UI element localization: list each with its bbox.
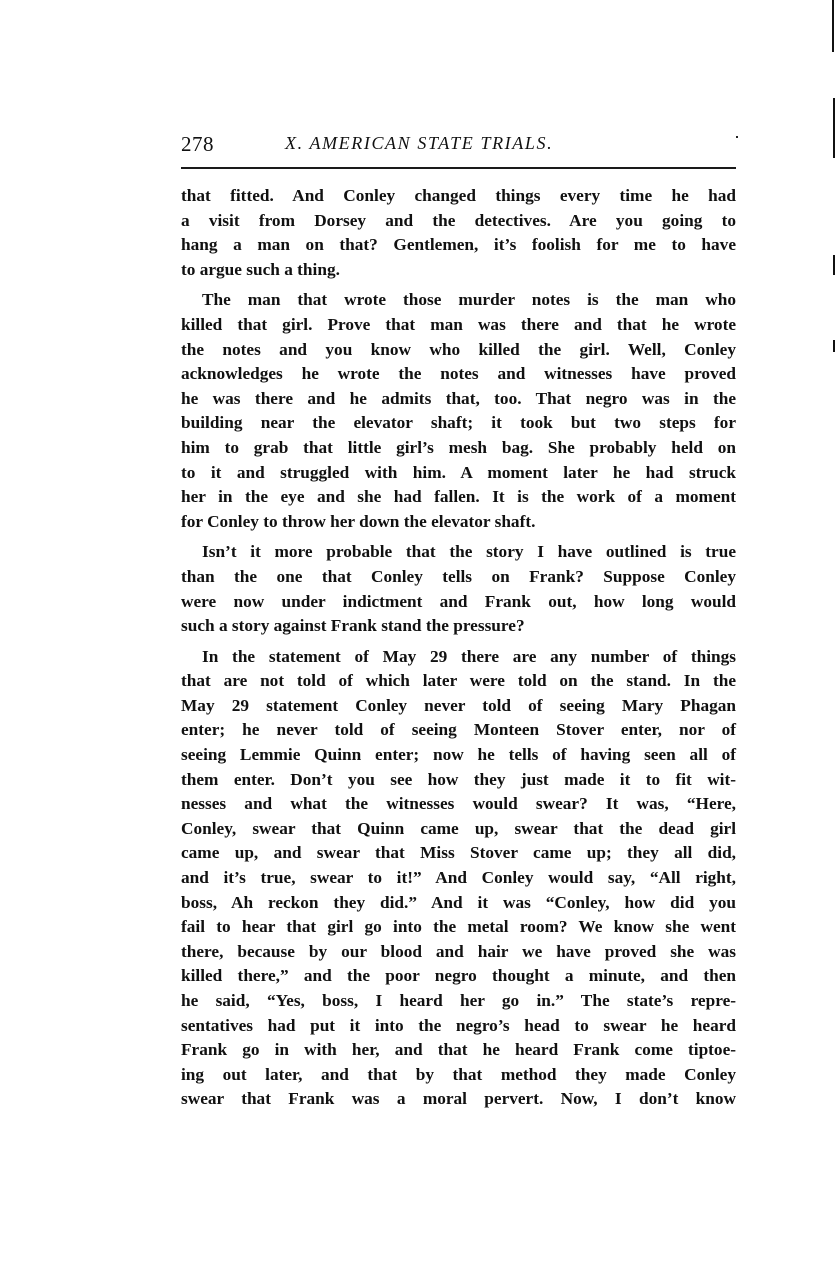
text-line: sentatives had put it into the negro’s h… [181,1014,736,1039]
text-line: he was there and he admits that, too. Th… [181,387,736,412]
scan-edge-mark [832,0,834,52]
text-line: killed that girl. Prove that man was the… [181,313,736,338]
text-line: were now under indictment and Frank out,… [181,590,736,615]
paragraph: In the statement of May 29 there are any… [181,645,736,1112]
text-line: such a story against Frank stand the pre… [181,614,736,639]
text-line: that are not told of which later were to… [181,669,736,694]
book-page: 278 X. AMERICAN STATE TRIALS. that fitte… [181,128,736,164]
text-line: and it’s true, swear to it!” And Conley … [181,866,736,891]
scan-speck [736,136,738,138]
body-text: that fitted. And Conley changed things e… [181,184,736,1112]
text-line: Isn’t it more probable that the story I … [181,540,736,565]
running-title: X. AMERICAN STATE TRIALS. [285,133,553,154]
page-number: 278 [181,132,214,157]
text-line: the notes and you know who killed the gi… [181,338,736,363]
running-head: 278 X. AMERICAN STATE TRIALS. [181,128,736,164]
scan-edge-mark [833,98,835,158]
text-line: swear that Frank was a moral pervert. No… [181,1087,736,1112]
text-line: than the one that Conley tells on Frank?… [181,565,736,590]
text-line: Conley, swear that Quinn came up, swear … [181,817,736,842]
scan-edge-mark [833,255,835,275]
text-line: him to grab that little girl’s mesh bag.… [181,436,736,461]
text-line: fail to hear that girl go into the metal… [181,915,736,940]
text-line: The man that wrote those murder notes is… [181,288,736,313]
text-line: building near the elevator shaft; it too… [181,411,736,436]
text-line: In the statement of May 29 there are any… [181,645,736,670]
text-line: enter; he never told of seeing Monteen S… [181,718,736,743]
paragraph: The man that wrote those murder notes is… [181,288,736,534]
text-line: her in the eye and she had fallen. It is… [181,485,736,510]
text-line: a visit from Dorsey and the detectives. … [181,209,736,234]
text-line: came up, and swear that Miss Stover came… [181,841,736,866]
text-line: boss, Ah reckon they did.” And it was “C… [181,891,736,916]
text-line: Frank go in with her, and that he heard … [181,1038,736,1063]
text-line: hang a man on that? Gentlemen, it’s fool… [181,233,736,258]
paragraph: that fitted. And Conley changed things e… [181,184,736,282]
text-line: ing out later, and that by that method t… [181,1063,736,1088]
header-rule [181,167,736,169]
paragraph: Isn’t it more probable that the story I … [181,540,736,638]
text-line: for Conley to throw her down the elevato… [181,510,736,535]
text-line: killed there,” and the poor negro though… [181,964,736,989]
text-line: that fitted. And Conley changed things e… [181,184,736,209]
scan-edge-mark [833,340,835,352]
text-line: nesses and what the witnesses would swea… [181,792,736,817]
text-line: seeing Lemmie Quinn enter; now he tells … [181,743,736,768]
text-line: he said, “Yes, boss, I heard her go in.”… [181,989,736,1014]
text-line: them enter. Don’t you see how they just … [181,768,736,793]
text-line: acknowledges he wrote the notes and witn… [181,362,736,387]
text-line: there, because by our blood and hair we … [181,940,736,965]
text-line: to argue such a thing. [181,258,736,283]
text-line: May 29 statement Conley never told of se… [181,694,736,719]
text-line: to it and struggled with him. A moment l… [181,461,736,486]
